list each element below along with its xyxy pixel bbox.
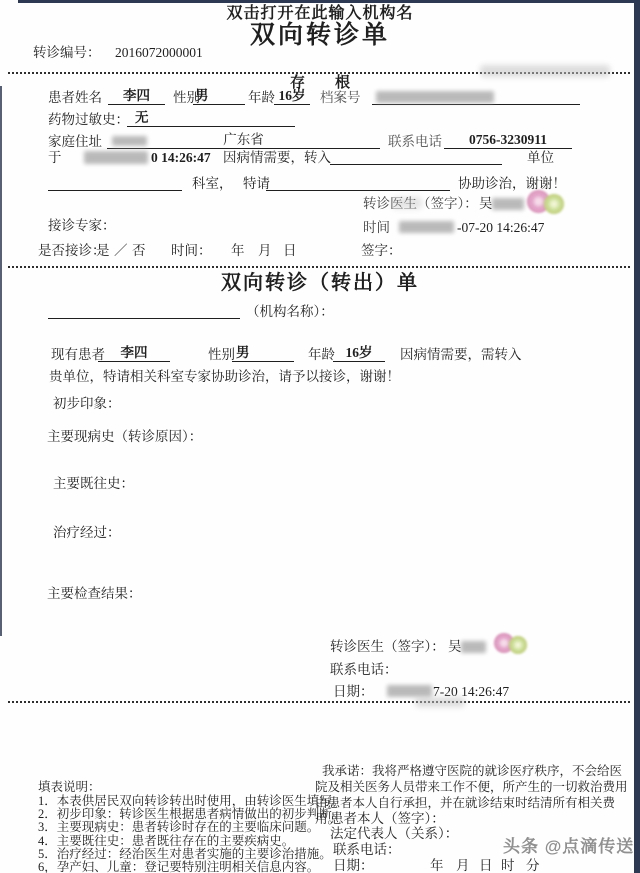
age-field: 16岁 bbox=[333, 345, 385, 362]
allergy-field: 无 bbox=[127, 110, 295, 127]
gender-field: 男 bbox=[232, 345, 294, 362]
day-label: 日 bbox=[283, 243, 297, 259]
instructions-title: 填表说明： bbox=[38, 780, 101, 794]
current-patient-label: 现有患者 bbox=[51, 347, 105, 363]
gender-label: 性别 bbox=[208, 347, 235, 363]
hour-label: 时 bbox=[501, 858, 515, 873]
privacy-blur bbox=[376, 91, 494, 103]
date-label: 日期： bbox=[333, 858, 374, 873]
transfer-section-title: 双向转诊（转出）单 bbox=[0, 272, 640, 295]
accept-time-label: 时间： bbox=[171, 243, 212, 259]
privacy-blur bbox=[392, 197, 422, 209]
target-unit-field bbox=[330, 148, 502, 165]
date-label: 日期： bbox=[333, 684, 374, 700]
privacy-blur bbox=[387, 685, 432, 697]
privacy-blur bbox=[492, 198, 524, 210]
sign-time-value: -07-20 14:26:47 bbox=[457, 220, 544, 236]
expert-field bbox=[266, 174, 450, 191]
scan-edge-left bbox=[0, 86, 2, 636]
privacy-blur bbox=[399, 221, 454, 233]
impression-label: 初步印象： bbox=[53, 396, 121, 412]
patient-name-label: 患者姓名 bbox=[48, 90, 102, 106]
year-label: 年 bbox=[231, 243, 245, 259]
privacy-blur bbox=[461, 641, 486, 653]
ref-no-value: 2016072000001 bbox=[115, 45, 203, 61]
accept-no: 否 bbox=[132, 243, 146, 259]
referral-time-value: 0 14:26:47 bbox=[151, 150, 211, 166]
scan-edge-top bbox=[18, 0, 640, 3]
org-name-field bbox=[48, 298, 240, 319]
at-label: 于 bbox=[48, 150, 62, 166]
patient-name-field: 李四 bbox=[108, 88, 165, 105]
org-name-label: （机构名称）： bbox=[246, 304, 334, 320]
gender-field: 男 bbox=[193, 88, 245, 105]
allergy-label: 药物过敏史： bbox=[48, 112, 129, 128]
past-history-label: 主要既往史： bbox=[53, 476, 134, 492]
privacy-blur bbox=[112, 136, 147, 146]
sign-time-label: 时间 bbox=[363, 220, 390, 236]
privacy-blur bbox=[415, 697, 465, 707]
doctor-seal-stamp bbox=[494, 632, 530, 657]
month-label: 月 bbox=[258, 243, 272, 259]
dept-label: 科室， bbox=[192, 176, 233, 192]
need-transfer-text: 因病情需要，需转入 bbox=[400, 347, 522, 363]
minute-label: 分 bbox=[526, 858, 540, 873]
doctor-name: 吴 bbox=[479, 196, 493, 212]
home-address-field: 广东省 bbox=[107, 132, 380, 149]
current-patient-field: 李四 bbox=[98, 345, 170, 362]
unit-label: 单位 bbox=[527, 150, 554, 166]
institution-name-placeholder[interactable]: 双击打开在此输入机构名 bbox=[0, 5, 640, 23]
greeting-text: 贵单位，特请相关科室专家协助诊治，请予以接诊，谢谢！ bbox=[49, 369, 400, 385]
patient-sign-label: 患者本人（签字）： bbox=[330, 811, 445, 827]
instruction-line: 3．主要现病史：患者转诊时存在的主要临床问题。 bbox=[38, 820, 319, 834]
doctor-name: 吴 bbox=[448, 639, 462, 655]
accept-yes: 是 bbox=[96, 243, 110, 259]
home-address-label: 家庭住址 bbox=[48, 134, 102, 150]
instruction-line: 6，孕产妇、儿童：登记要特别注明相关信息内容。 bbox=[38, 860, 319, 873]
legal-rep-label: 法定代表人（关系）： bbox=[330, 826, 458, 842]
referral-form-document: 双击打开在此输入机构名 双向转诊单 转诊编号： 2016072000001 存 … bbox=[0, 0, 640, 873]
dept-field bbox=[48, 174, 182, 191]
signature-label: 签字： bbox=[361, 243, 402, 259]
toutiao-watermark: 头条 @点滴传送 bbox=[503, 837, 634, 857]
age-label: 年龄 bbox=[248, 90, 275, 106]
exam-results-label: 主要检查结果： bbox=[47, 586, 142, 602]
scan-edge-right bbox=[634, 2, 640, 873]
file-no-label: 档案号 bbox=[320, 90, 361, 106]
contact-phone-label: 联系电话： bbox=[330, 662, 398, 678]
age-label: 年龄 bbox=[308, 347, 335, 363]
month-label: 月 bbox=[456, 858, 470, 873]
contact-phone-label: 联系电话： bbox=[333, 842, 401, 858]
present-history-label: 主要现病史（转诊原因）： bbox=[47, 429, 202, 445]
doctor-sign-label: 转诊医生（签字）： bbox=[330, 639, 445, 655]
accept-slash: ／ bbox=[114, 243, 128, 259]
day-label: 日 bbox=[479, 858, 493, 873]
age-field: 16岁 bbox=[274, 88, 310, 105]
doctor-seal-stamp bbox=[527, 189, 567, 217]
need-transfer-text: 因病情需要，转入 bbox=[223, 150, 331, 166]
privacy-blur bbox=[84, 151, 148, 164]
section-divider bbox=[8, 266, 630, 268]
footer-divider bbox=[8, 701, 630, 703]
contact-phone-field: 0756-3230911 bbox=[444, 132, 572, 149]
year-label: 年 bbox=[430, 858, 444, 873]
ref-no-label: 转诊编号： bbox=[33, 45, 101, 61]
treatment-label: 治疗经过： bbox=[53, 525, 121, 541]
receiving-expert-label: 接诊专家： bbox=[48, 218, 116, 234]
